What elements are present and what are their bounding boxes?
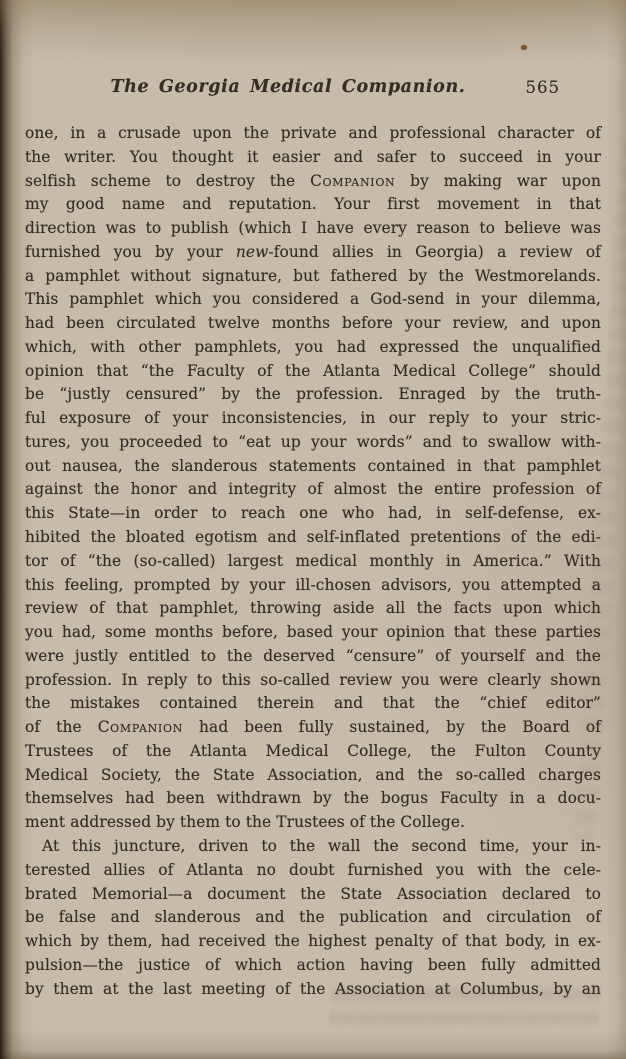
book-page: The Georgia Medical Companion. 565 one, … — [0, 0, 626, 1059]
text-line: you had, some months before, based your … — [25, 621, 601, 645]
text-line: selfish scheme to destroy the Companion … — [25, 170, 601, 194]
running-title: The Georgia Medical Companion. — [25, 77, 601, 97]
text-line: be false and slanderous and the publicat… — [25, 906, 601, 930]
text-line: the mistakes contained therein and that … — [25, 692, 601, 716]
text-line: my good name and reputation. Your first … — [25, 193, 601, 217]
text-line: tor of “the (so-called) largest medical … — [25, 550, 601, 574]
text-line: terested allies of Atlanta no doubt furn… — [25, 859, 601, 883]
text-line: brated Memorial—a document the State Ass… — [25, 883, 601, 907]
smallcaps-text: Companion — [98, 718, 183, 736]
text-line: had been circulated twelve months before… — [25, 312, 601, 336]
italic-text: new — [236, 243, 269, 261]
text-line: against the honor and integrity of almos… — [25, 478, 601, 502]
text-line: tures, you proceeded to “eat up your wor… — [25, 431, 601, 455]
text-line: which by them, had received the highest … — [25, 930, 601, 954]
text-line: by them at the last meeting of the Assoc… — [25, 978, 601, 1002]
text-line: this feeling, prompted by your ill-chose… — [25, 574, 601, 598]
text-line: this State—in order to reach one who had… — [25, 502, 601, 526]
paper-speck — [521, 45, 527, 50]
text-line: pulsion—the justice of which action havi… — [25, 954, 601, 978]
text-line: themselves had been withdrawn by the bog… — [25, 787, 601, 811]
text-line: out nausea, the slanderous statements co… — [25, 455, 601, 479]
text-line: ment addressed by them to the Trustees o… — [25, 811, 601, 835]
text-line: hibited the bloated egotism and self-inf… — [25, 526, 601, 550]
text-line: At this juncture, driven to the wall the… — [25, 835, 601, 859]
text-line: which, with other pamphlets, you had exp… — [25, 336, 601, 360]
text-line: opinion that “the Faculty of the Atlanta… — [25, 360, 601, 384]
text-block: one, in a crusade upon the private and p… — [25, 122, 601, 1001]
text-line: were justly entitled to the deserved “ce… — [25, 645, 601, 669]
text-line: profession. In reply to this so-called r… — [25, 669, 601, 693]
text-line: one, in a crusade upon the private and p… — [25, 122, 601, 146]
text-line: of the Companion had been fully sustaine… — [25, 716, 601, 740]
text-line: This pamphlet which you considered a God… — [25, 288, 601, 312]
text-line: ful exposure of your inconsistencies, in… — [25, 407, 601, 431]
text-line: direction was to publish (which I have e… — [25, 217, 601, 241]
text-line: Trustees of the Atlanta Medical College,… — [25, 740, 601, 764]
text-line: review of that pamphlet, throwing aside … — [25, 597, 601, 621]
smallcaps-text: Companion — [310, 172, 395, 190]
text-line: a pamphlet without signature, but father… — [25, 265, 601, 289]
text-line: the writer. You thought it easier and sa… — [25, 146, 601, 170]
page-header: The Georgia Medical Companion. 565 — [25, 77, 601, 101]
page-number: 565 — [526, 78, 561, 97]
text-line: furnished you by your new-found allies i… — [25, 241, 601, 265]
text-line: Medical Society, the State Association, … — [25, 764, 601, 788]
text-line: be “justly censured” by the profession. … — [25, 383, 601, 407]
